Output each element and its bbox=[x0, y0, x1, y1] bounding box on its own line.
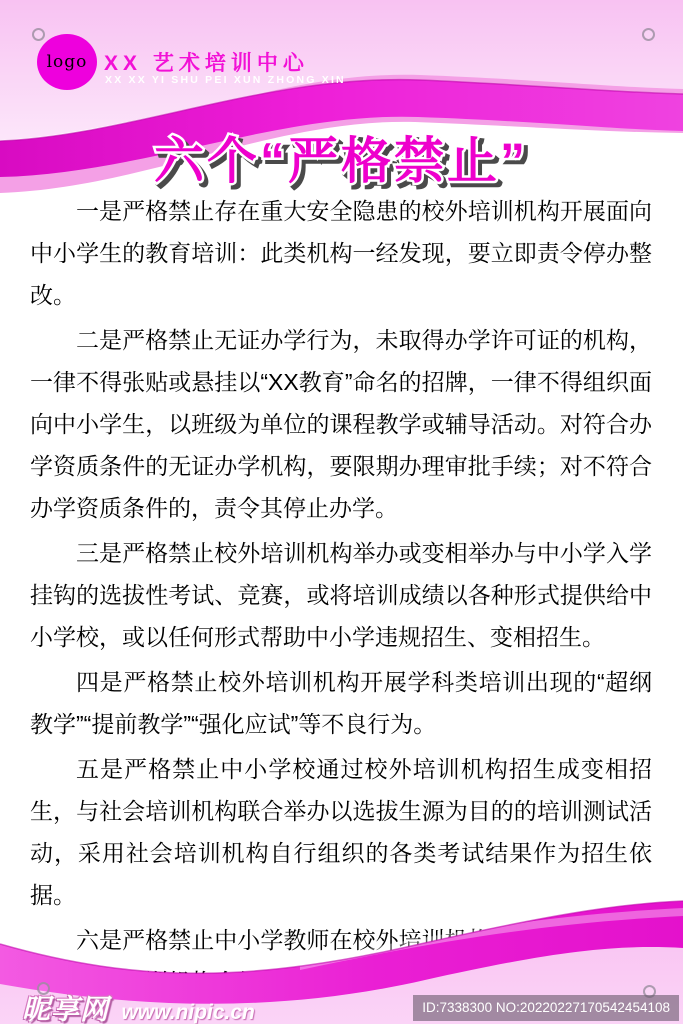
logo: logo bbox=[37, 34, 97, 90]
page-title-text: 六个“严格禁止” bbox=[154, 133, 528, 189]
grommet-hole-icon bbox=[32, 28, 45, 41]
grommet-hole-icon bbox=[642, 28, 655, 41]
paragraph-2: 二是严格禁止无证办学行为，未取得办学许可证的机构，一律不得张贴或悬挂以“XX教育… bbox=[30, 319, 652, 529]
watermark-site: 昵享网 bbox=[22, 994, 109, 1024]
org-pinyin: XX XX YI SHU PEI XUN ZHONG XIN bbox=[105, 74, 346, 86]
paragraph-5: 五是严格禁止中小学校通过校外培训机构招生成变相招生，与社会培训机构联合举办以选拔… bbox=[30, 748, 652, 916]
page-title: 六个“严格禁止” 六个“严格禁止” bbox=[0, 122, 683, 194]
body-text: 一是严格禁止存在重大安全隐患的校外培训机构开展面向中小学生的教育培训：此类机构一… bbox=[30, 190, 652, 1006]
watermark-url: www.nipic.cn bbox=[121, 1001, 254, 1024]
image-id-badge: ID:7338300 NO:20220227170542454108 bbox=[413, 995, 679, 1021]
logo-text: logo bbox=[47, 52, 88, 72]
org-name: XX 艺术培训中心 bbox=[104, 47, 309, 77]
watermark: 昵享网 www.nipic.cn bbox=[22, 988, 255, 1024]
paragraph-3: 三是严格禁止校外培训机构举办或变相举办与中小学入学挂钩的选拔性考试、竞赛，或将培… bbox=[30, 532, 652, 658]
paragraph-1: 一是严格禁止存在重大安全隐患的校外培训机构开展面向中小学生的教育培训：此类机构一… bbox=[30, 190, 652, 316]
poster: logo XX 艺术培训中心 XX XX YI SHU PEI XUN ZHON… bbox=[0, 0, 683, 1024]
paragraph-4: 四是严格禁止校外培训机构开展学科类培训出现的“超纲教学”“提前教学”“强化应试”… bbox=[30, 661, 652, 745]
